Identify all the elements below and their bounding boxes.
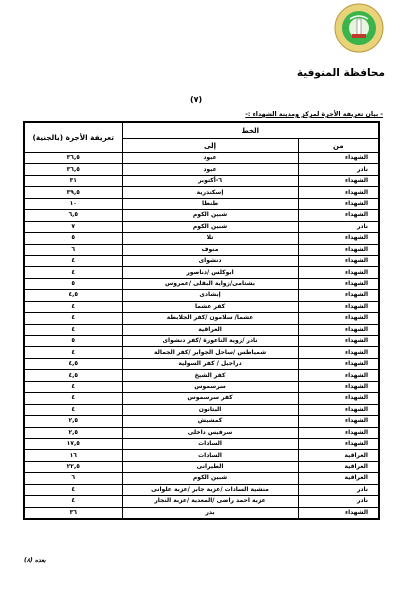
from-cell: الشهداء [298, 290, 379, 301]
table-row: الشهداءعشما/ سلامون /كفر الجلابطة٤ [24, 313, 379, 324]
fare-cell: ٢,٥ [24, 427, 122, 438]
from-cell: الشهداء [298, 381, 379, 392]
fare-cell: ٥ [24, 336, 122, 347]
page-number: (٧) [190, 95, 202, 104]
table-row: الشهداءسرفيس داخلى٢,٥ [24, 427, 379, 438]
table-row: نادرشبين الكوم٧ [24, 221, 379, 232]
from-cell: الشهداء [298, 393, 379, 404]
governorate-title: محافظة المنوفية [297, 67, 385, 79]
table-row: الشهداءدنشواى٤ [24, 255, 379, 266]
table-row: الشهداءتلا٥ [24, 233, 379, 244]
to-cell: دراجيل / كفر السولية [122, 358, 298, 369]
from-cell: الشهداء [298, 244, 379, 255]
fare-cell: ٦,٥ [24, 210, 122, 221]
table-row: نادرعزبة احمد راضى /المعدية /عزبة النجار… [24, 496, 379, 507]
fare-cell: ٤ [24, 404, 122, 415]
from-cell: الشهداء [298, 301, 379, 312]
table-row: الشهداءدراجيل / كفر السولية٤,٥ [24, 358, 379, 369]
fare-cell: ٤ [24, 255, 122, 266]
from-cell: الشهداء [298, 404, 379, 415]
to-cell: الطيرانى [122, 461, 298, 472]
table-row: العراقيةالطيرانى٢٢,٥ [24, 461, 379, 472]
to-cell: كفر عشما [122, 301, 298, 312]
from-cell: الشهداء [298, 153, 379, 164]
fare-cell: ٣٦,٥ [24, 153, 122, 164]
from-header: من [298, 139, 379, 153]
from-cell: العراقية [298, 473, 379, 484]
to-cell: شبين الكوم [122, 210, 298, 221]
continued-note: بعده (٨) [24, 557, 46, 564]
to-cell: شبين الكوم [122, 473, 298, 484]
to-cell: كفر الشيخ [122, 370, 298, 381]
from-cell: الشهداء [298, 507, 379, 519]
fare-header: تعريفة الأجرة (بالجنية) [24, 122, 122, 153]
to-cell: عبود [122, 164, 298, 175]
from-cell: الشهداء [298, 370, 379, 381]
table-row: الشهداءالعراقية٤ [24, 324, 379, 335]
to-cell: السادات [122, 450, 298, 461]
fare-cell: ٤ [24, 301, 122, 312]
fare-cell: ٦ [24, 473, 122, 484]
table-row: الشهداءعبود٣٦,٥ [24, 153, 379, 164]
table-row: الشهداءكفر سرسموس٤ [24, 393, 379, 404]
fare-cell: ٣٩,٥ [24, 187, 122, 198]
fare-cell: ٤ [24, 484, 122, 495]
from-cell: الشهداء [298, 427, 379, 438]
from-cell: الشهداء [298, 278, 379, 289]
fare-cell: ١٧,٥ [24, 438, 122, 449]
table-row: الشهداءسرسموس٤ [24, 381, 379, 392]
to-cell: العراقية [122, 324, 298, 335]
table-row: الشهداءالسادات١٧,٥ [24, 438, 379, 449]
to-cell: كفر سرسموس [122, 393, 298, 404]
table-row: الشهداءابوكلس /دناصور٤ [24, 267, 379, 278]
fare-cell: ٤ [24, 496, 122, 507]
to-cell: بشتامى/زواية البقلى /عمروس [122, 278, 298, 289]
table-row: الشهداءإسكندرية٣٩,٥ [24, 187, 379, 198]
line-header: الخط [122, 122, 379, 139]
from-cell: الشهداء [298, 358, 379, 369]
fare-cell: ٣٦ [24, 507, 122, 519]
from-cell: الشهداء [298, 347, 379, 358]
table-row: الشهداءشمياطس /ساحل الجوابر /كفر الجمالة… [24, 347, 379, 358]
to-cell: طنطا [122, 198, 298, 209]
from-cell: العراقية [298, 450, 379, 461]
fare-cell: ٥ [24, 233, 122, 244]
fare-cell: ٦ [24, 244, 122, 255]
table-row: العراقيةشبين الكوم٦ [24, 473, 379, 484]
to-cell: شبين الكوم [122, 221, 298, 232]
to-cell: عشما/ سلامون /كفر الجلابطة [122, 313, 298, 324]
to-header: إلى [122, 139, 298, 153]
table-row: الشهداءمنوف٦ [24, 244, 379, 255]
to-cell: البتانون [122, 404, 298, 415]
from-cell: الشهداء [298, 255, 379, 266]
to-cell: إبشادى [122, 290, 298, 301]
to-cell: شمياطس /ساحل الجوابر /كفر الجمالة [122, 347, 298, 358]
from-cell: العراقية [298, 461, 379, 472]
fare-cell: ٧ [24, 221, 122, 232]
table-row: الشهداءكفر عشما٤ [24, 301, 379, 312]
fare-cell: ٣١ [24, 175, 122, 186]
fare-cell: ١٠ [24, 198, 122, 209]
from-cell: نادر [298, 164, 379, 175]
fare-cell: ٢٢,٥ [24, 461, 122, 472]
fare-cell: ٣٦,٥ [24, 164, 122, 175]
from-cell: نادر [298, 221, 379, 232]
table-row: نادرمنشية السادات /عزبة جابر /عزبة علوان… [24, 484, 379, 495]
to-cell: السادات [122, 438, 298, 449]
to-cell: تلا [122, 233, 298, 244]
from-cell: الشهداء [298, 233, 379, 244]
fare-cell: ٤ [24, 347, 122, 358]
fare-cell: ٤ [24, 324, 122, 335]
table-row: الشهداءالبتانون٤ [24, 404, 379, 415]
fare-cell: ٤ [24, 267, 122, 278]
to-cell: عبود [122, 153, 298, 164]
fare-cell: ٤ [24, 381, 122, 392]
to-cell: عزبة احمد راضى /المعدية /عزبة النجار [122, 496, 298, 507]
fare-cell: ٤,٥ [24, 370, 122, 381]
table-row: الشهداءشبين الكوم٦,٥ [24, 210, 379, 221]
from-cell: الشهداء [298, 336, 379, 347]
from-cell: الشهداء [298, 416, 379, 427]
to-cell: ٦-أكتوبر [122, 175, 298, 186]
table-row: العراقيةالسادات١٦ [24, 450, 379, 461]
table-row: الشهداءبدر٣٦ [24, 507, 379, 519]
to-cell: بدر [122, 507, 298, 519]
fare-cell: ١٦ [24, 450, 122, 461]
fare-cell: ٤,٥ [24, 290, 122, 301]
from-cell: الشهداء [298, 187, 379, 198]
to-cell: منوف [122, 244, 298, 255]
to-cell: منشية السادات /عزبة جابر /عزبة علوانى [122, 484, 298, 495]
to-cell: سرسموس [122, 381, 298, 392]
to-cell: سرفيس داخلى [122, 427, 298, 438]
fare-cell: ٢,٥ [24, 416, 122, 427]
fare-cell: ٤,٥ [24, 358, 122, 369]
table-row: الشهداءبشتامى/زواية البقلى /عمروس٥ [24, 278, 379, 289]
fare-cell: ٥ [24, 278, 122, 289]
table-caption: - بيان تعريفة الأجرة لمركز ومدينة الشهدا… [245, 111, 383, 118]
table-row: الشهداءكمشيش٢,٥ [24, 416, 379, 427]
to-cell: دنشواى [122, 255, 298, 266]
from-cell: الشهداء [298, 313, 379, 324]
table-row: الشهداءإبشادى٤,٥ [24, 290, 379, 301]
to-cell: إسكندرية [122, 187, 298, 198]
from-cell: نادر [298, 484, 379, 495]
from-cell: الشهداء [298, 438, 379, 449]
from-cell: الشهداء [298, 324, 379, 335]
from-cell: الشهداء [298, 175, 379, 186]
table-row: الشهداء٦-أكتوبر٣١ [24, 175, 379, 186]
to-cell: كمشيش [122, 416, 298, 427]
table-row: الشهداءنادر /زوية الناعورة /كفر دنشواى٥ [24, 336, 379, 347]
table-row: نادرعبود٣٦,٥ [24, 164, 379, 175]
from-cell: نادر [298, 496, 379, 507]
table-row: الشهداءكفر الشيخ٤,٥ [24, 370, 379, 381]
fare-cell: ٤ [24, 393, 122, 404]
to-cell: ابوكلس /دناصور [122, 267, 298, 278]
governorate-logo-icon [334, 3, 384, 53]
fare-cell: ٤ [24, 313, 122, 324]
from-cell: الشهداء [298, 198, 379, 209]
from-cell: الشهداء [298, 267, 379, 278]
fare-table: الخط تعريفة الأجرة (بالجنية) من إلى الشه… [23, 121, 380, 520]
from-cell: الشهداء [298, 210, 379, 221]
to-cell: نادر /زوية الناعورة /كفر دنشواى [122, 336, 298, 347]
table-row: الشهداءطنطا١٠ [24, 198, 379, 209]
